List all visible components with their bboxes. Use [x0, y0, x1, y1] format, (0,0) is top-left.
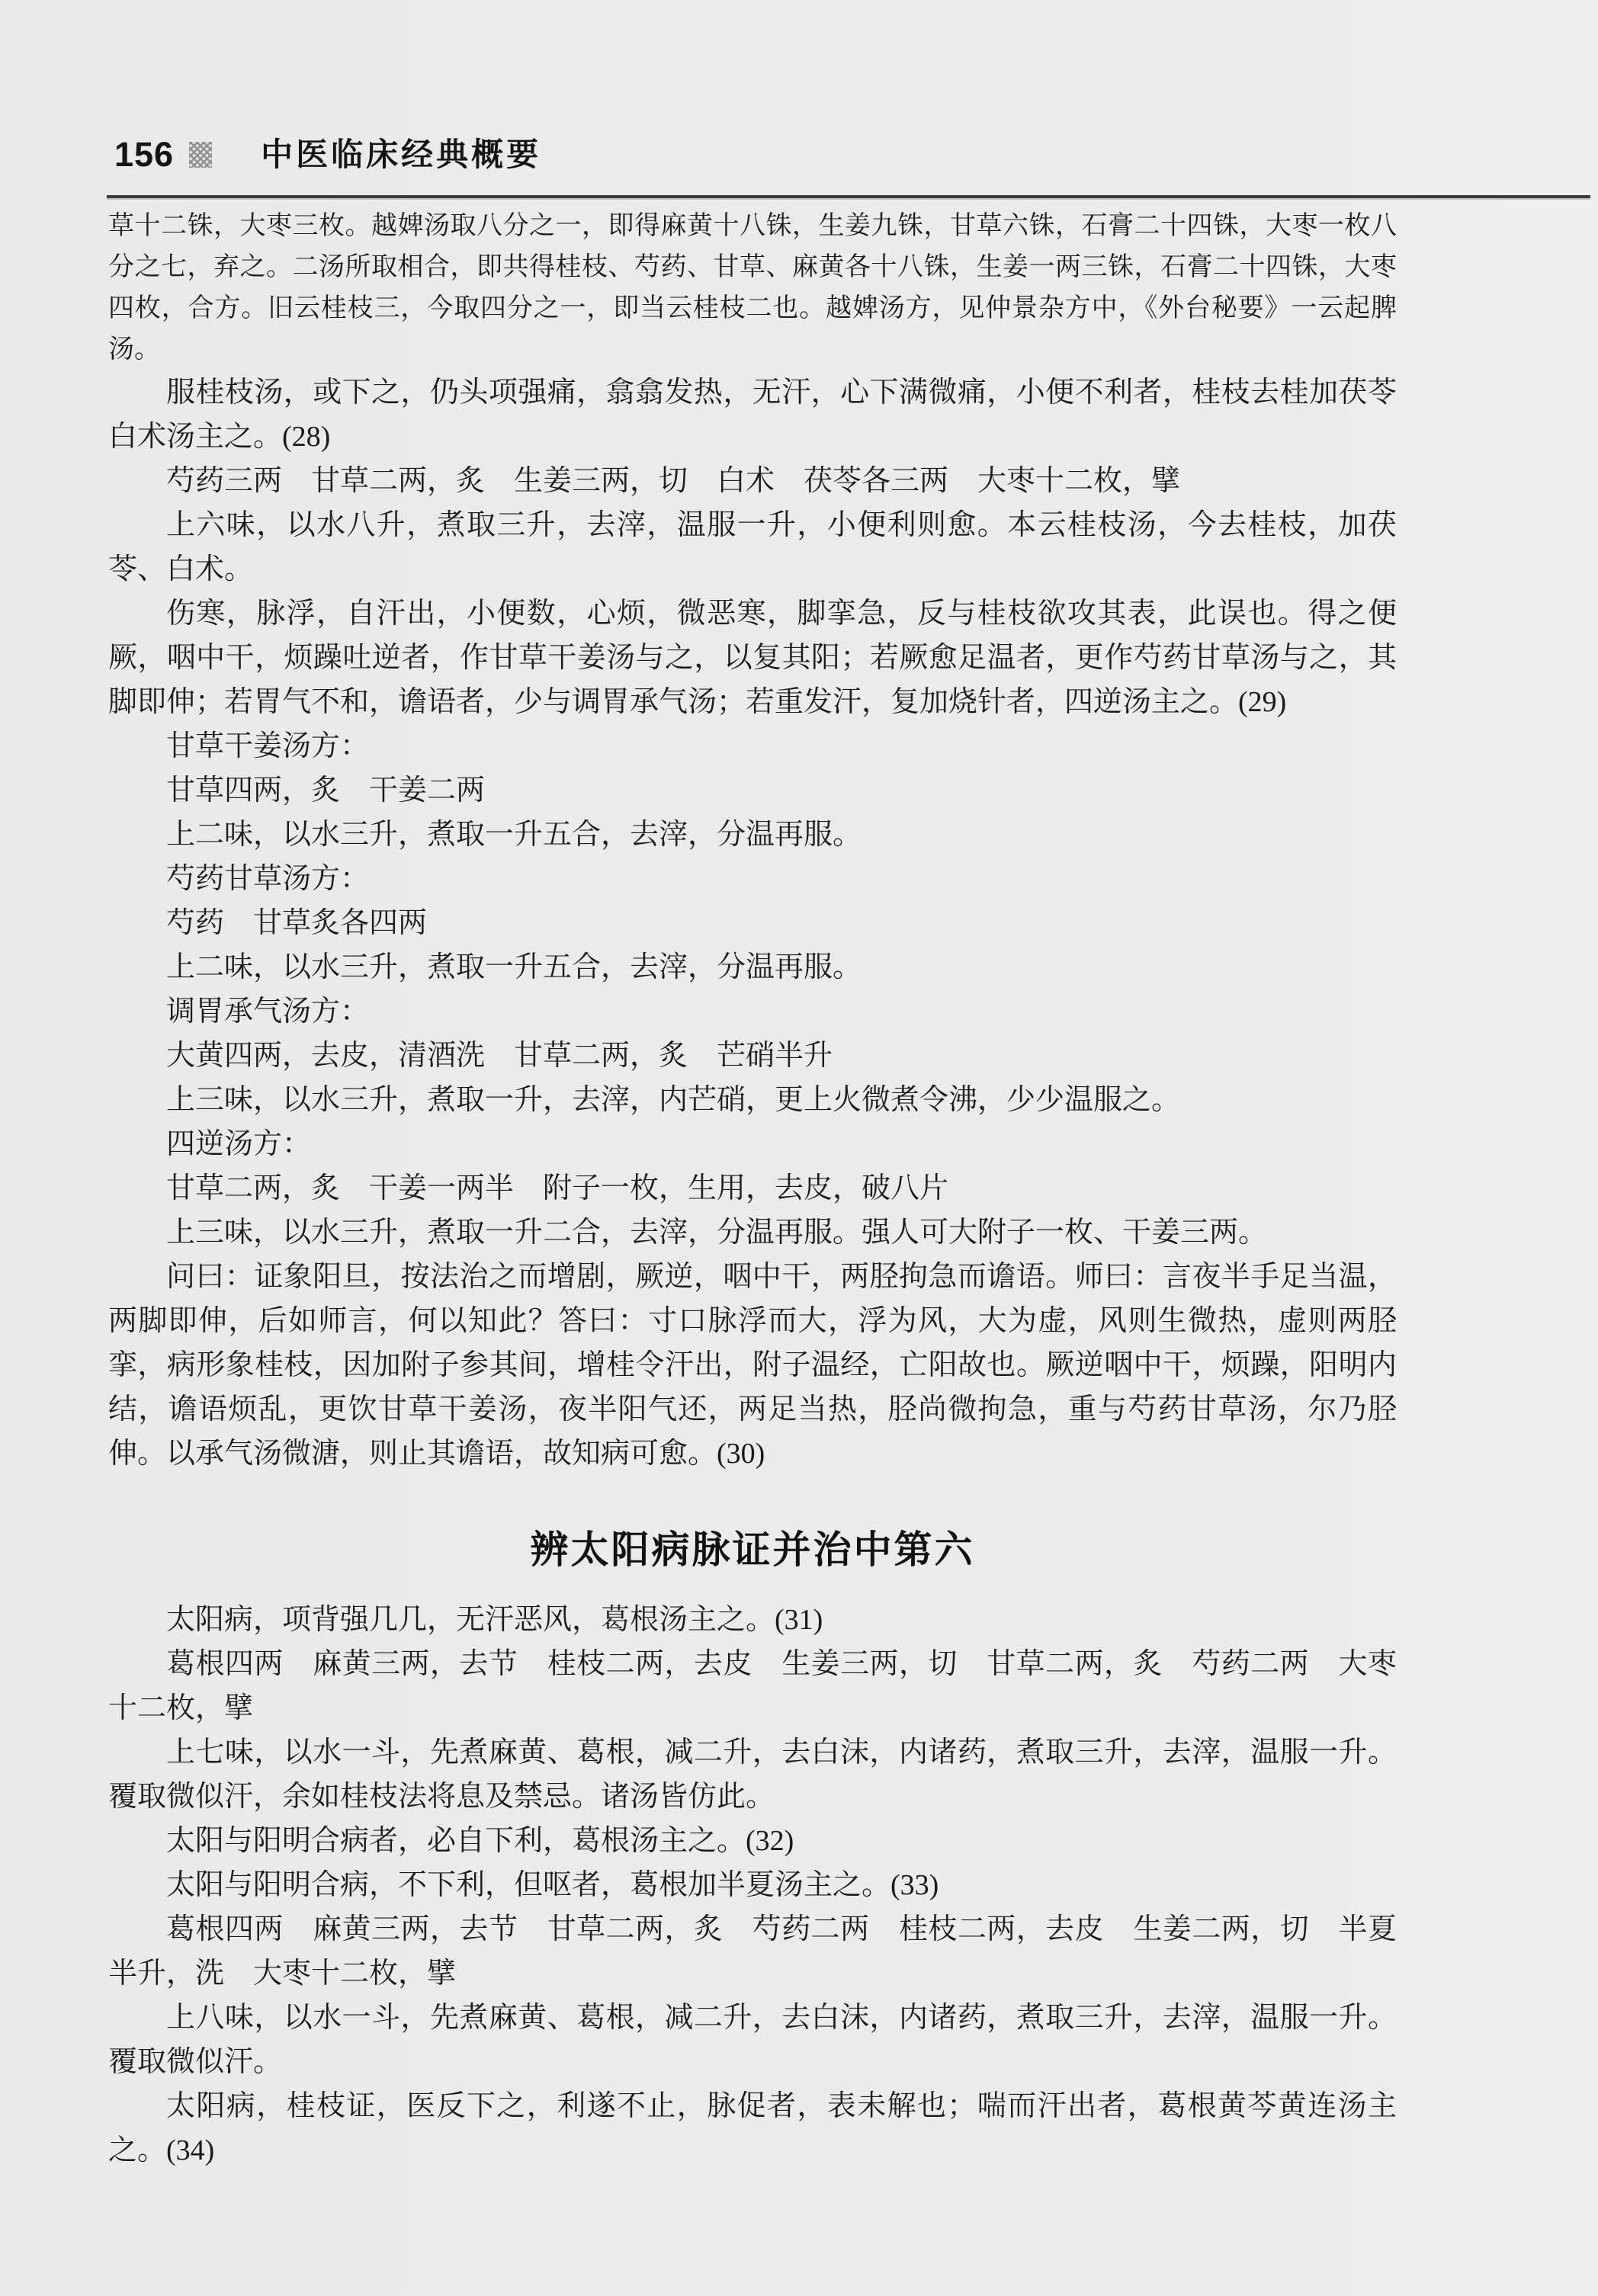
paragraph: 上六味，以水八升，煮取三升，去滓，温服一升，小便利则愈。本云桂枝汤，今去桂枝，加… — [108, 503, 1397, 592]
paragraph: 调胃承气汤方： — [108, 989, 1397, 1034]
paragraph: 芍药三两 甘草二两，炙 生姜三两，切 白术 茯苓各三两 大枣十二枚，擘 — [108, 459, 1397, 503]
hatched-square-icon — [189, 142, 212, 168]
section-heading: 辨太阳病脉证并治中第六 — [108, 1522, 1397, 1578]
paragraph: 服桂枝汤，或下之，仍头项强痛，翕翕发热，无汗，心下满微痛，小便不利者，桂枝去桂加… — [108, 370, 1397, 459]
paragraph: 伤寒，脉浮，自汗出，小便数，心烦，微恶寒，脚挛急，反与桂枝欲攻其表，此误也。得之… — [108, 592, 1397, 724]
paragraph: 葛根四两 麻黄三两，去节 甘草二两，炙 芍药二两 桂枝二两，去皮 生姜二两，切 … — [108, 1907, 1397, 1996]
paragraph: 草十二铢，大枣三枚。越婢汤取八分之一，即得麻黄十八铢，生姜九铢，甘草六铢，石膏二… — [108, 206, 1397, 370]
page-body: 草十二铢，大枣三枚。越婢汤取八分之一，即得麻黄十八铢，生姜九铢，甘草六铢，石膏二… — [108, 206, 1397, 2173]
paragraph: 上二味，以水三升，煮取一升五合，去滓，分温再服。 — [108, 945, 1397, 989]
paragraph: 甘草干姜汤方： — [108, 724, 1397, 768]
book-page: 156 中医临床经典概要 草十二铢，大枣三枚。越婢汤取八分之一，即得麻黄十八铢，… — [0, 0, 1598, 2296]
paragraph: 太阳病，桂枝证，医反下之，利遂不止，脉促者，表未解也；喘而汗出者，葛根黄芩黄连汤… — [108, 2084, 1397, 2173]
paragraph: 上八味，以水一斗，先煮麻黄、葛根，减二升，去白沫，内诸药，煮取三升，去滓，温服一… — [108, 1996, 1397, 2084]
paragraph: 太阳病，项背强几几，无汗恶风，葛根汤主之。(31) — [108, 1598, 1397, 1642]
paragraph: 上七味，以水一斗，先煮麻黄、葛根，减二升，去白沫，内诸药，煮取三升，去滓，温服一… — [108, 1730, 1397, 1819]
paragraph: 大黄四两，去皮，清酒洗 甘草二两，炙 芒硝半升 — [108, 1034, 1397, 1078]
paragraph: 上三味，以水三升，煮取一升二合，去滓，分温再服。强人可大附子一枚、干姜三两。 — [108, 1211, 1397, 1255]
paragraph: 上三味，以水三升，煮取一升，去滓，内芒硝，更上火微煮令沸，少少温服之。 — [108, 1078, 1397, 1122]
paragraph: 太阳与阳明合病者，必自下利，葛根汤主之。(32) — [108, 1819, 1397, 1863]
book-title: 中医临床经典概要 — [261, 139, 541, 171]
paragraph: 太阳与阳明合病，不下利，但呕者，葛根加半夏汤主之。(33) — [108, 1863, 1397, 1907]
paragraph: 问曰：证象阳旦，按法治之而增剧，厥逆，咽中干，两胫拘急而谵语。师曰：言夜半手足当… — [108, 1255, 1397, 1476]
paragraph: 甘草四两，炙 干姜二两 — [108, 768, 1397, 813]
paragraph: 葛根四两 麻黄三两，去节 桂枝二两，去皮 生姜三两，切 甘草二两，炙 芍药二两 … — [108, 1642, 1397, 1730]
paragraph: 甘草二两，炙 干姜一两半 附子一枚，生用，去皮，破八片 — [108, 1166, 1397, 1211]
paragraph: 芍药甘草汤方： — [108, 857, 1397, 901]
page-number: 156 — [114, 137, 174, 172]
header-rule — [107, 195, 1590, 200]
paragraph: 芍药 甘草炙各四两 — [108, 901, 1397, 945]
paragraph: 上二味，以水三升，煮取一升五合，去滓，分温再服。 — [108, 813, 1397, 857]
paragraph: 四逆汤方： — [108, 1122, 1397, 1166]
page-header: 156 中医临床经典概要 — [114, 137, 541, 172]
